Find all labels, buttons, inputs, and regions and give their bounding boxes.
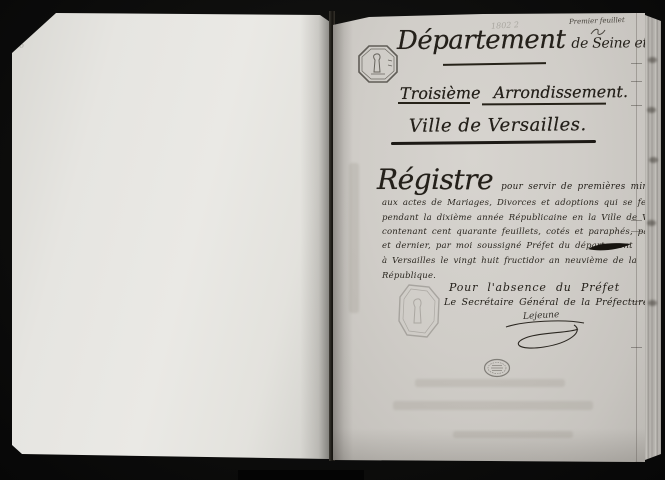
page-edge-stack <box>645 15 661 460</box>
shading-overlay <box>300 13 330 459</box>
left-blank-page: 36 <box>12 13 330 459</box>
edge-tick-mark <box>631 301 642 302</box>
edge-tick-mark <box>631 347 642 348</box>
body-line: aux actes de Mariages, Divorces et adopt… <box>382 198 665 208</box>
underline <box>398 102 470 104</box>
underline <box>482 103 606 105</box>
scanned-register-page: 36 Premier feuillet 1802 2 Département d… <box>0 0 665 480</box>
heading-arrondissement: Troisième Arrondissement. <box>400 82 628 103</box>
edge-ink-smudge <box>648 57 657 63</box>
ink-swash-icon <box>587 242 633 252</box>
troisieme-word: Troisième <box>400 83 481 103</box>
closing-secretary-line: Le Secrétaire Général de la Préfecture <box>444 297 649 308</box>
closing-absence-line: Pour l'absence du Préfet <box>449 281 620 294</box>
edge-ink-smudge <box>647 107 656 113</box>
edge-ink-smudge <box>647 220 656 226</box>
edge-ink-smudge <box>648 300 657 306</box>
edge-tick-mark <box>631 220 642 221</box>
edge-tick-mark <box>631 81 642 82</box>
edge-tick-mark <box>631 63 642 64</box>
octagonal-stamp-icon <box>357 44 399 84</box>
edge-ink-smudge <box>649 157 658 163</box>
heavy-underline <box>391 140 596 145</box>
registre-title-row: Régistre pour servir de premières minute… <box>377 163 665 196</box>
signature-flourish-icon <box>504 317 588 359</box>
body-line: République. <box>382 271 436 281</box>
show-through-smudge <box>415 379 565 387</box>
show-through-smudge <box>349 163 359 313</box>
registre-word: Régistre <box>377 163 493 196</box>
show-through-smudge <box>393 401 593 410</box>
edge-tick-mark <box>631 105 642 106</box>
left-page-pencil-mark: 36 <box>13 40 24 50</box>
right-manuscript-page: Premier feuillet 1802 2 Département de S… <box>333 13 645 462</box>
body-line: pendant la dixième année Républicaine en… <box>382 213 665 223</box>
show-through-smudge <box>453 431 573 438</box>
arrondissement-word: Arrondissement. <box>493 82 628 102</box>
faint-octagonal-stamp-icon <box>397 283 441 339</box>
background-dark-band <box>238 470 364 480</box>
registre-subtitle: pour servir de premières minutes <box>501 182 665 192</box>
body-line: contenant cent quarante feuillets, cotés… <box>382 227 665 237</box>
heading-ville: Ville de Versailles. <box>409 114 587 137</box>
body-line: à Versailles le vingt huit fructidor an … <box>382 256 637 266</box>
underline <box>443 62 546 66</box>
heading-departement: Département de Seine et Oise <box>397 24 665 56</box>
edge-tick-mark <box>631 231 642 232</box>
oval-stamp-icon <box>483 358 511 378</box>
departement-word: Département <box>397 25 566 56</box>
